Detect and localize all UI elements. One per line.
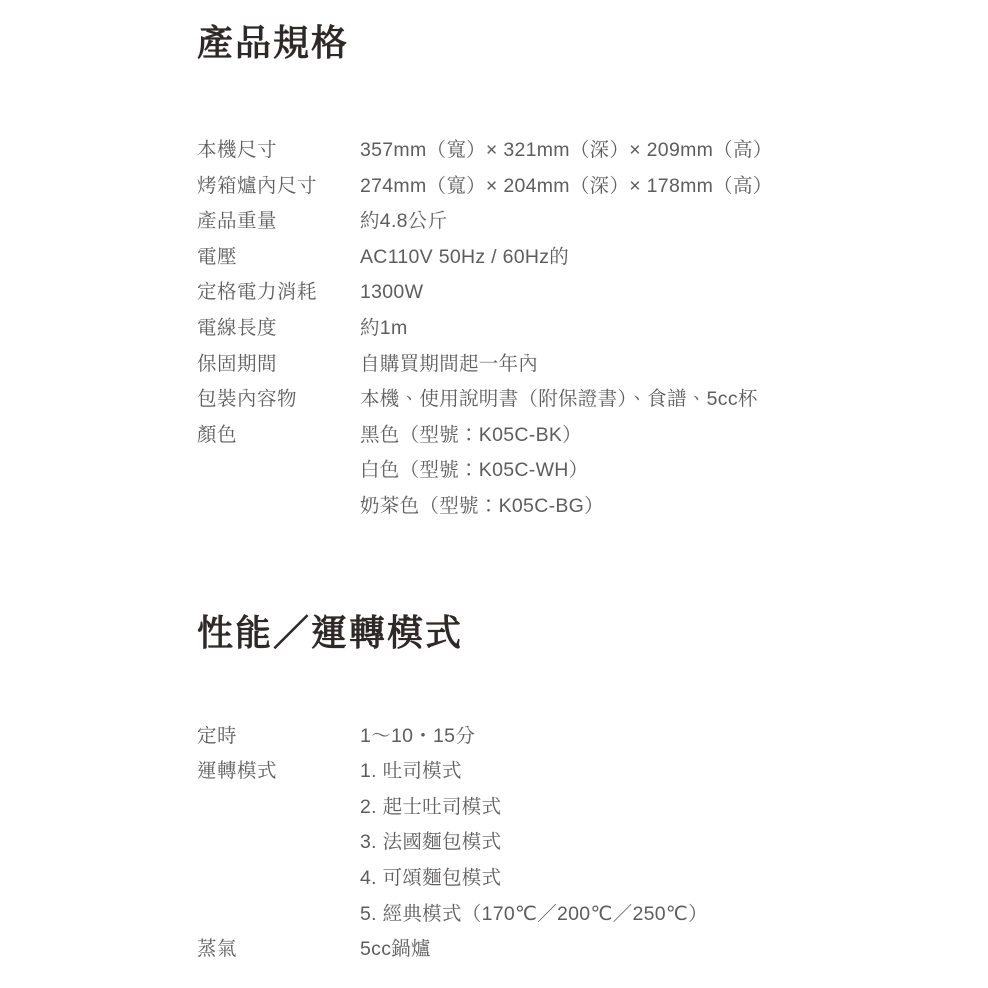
spec-row-package-contents: 包裝內容物 本機、使用說明書（附保證書）、食譜、5cc杯	[197, 382, 797, 418]
spec-row-oven-interior-size: 烤箱爐內尺寸 274mm（寬）× 204mm（深）× 178mm（高）	[197, 169, 797, 205]
spec-value: 274mm（寬）× 204mm（深）× 178mm（高）	[360, 169, 797, 205]
spec-row-cord-length: 電線長度 約1m	[197, 311, 797, 347]
spec-value: 黑色（型號：K05C-BK）	[360, 418, 797, 454]
spec-value: 5. 經典模式（170℃／200℃／250℃）	[360, 897, 797, 933]
spec-label: 烤箱爐內尺寸	[197, 169, 360, 205]
spec-value: 2. 起士吐司模式	[360, 790, 797, 826]
spec-value: 1. 吐司模式	[360, 754, 797, 790]
performance-title: 性能／運轉模式	[197, 613, 988, 653]
spec-value: AC110V 50Hz / 60Hz的	[360, 240, 797, 276]
spec-row-rated-power: 定格電力消耗 1300W	[197, 275, 797, 311]
spec-label: 本機尺寸	[197, 133, 360, 169]
spec-label: 運轉模式	[197, 754, 360, 790]
spec-value: 1～10・15分	[360, 719, 797, 755]
spec-value: 357mm（寬）× 321mm（深）× 209mm（高）	[360, 133, 797, 169]
spec-value: 1300W	[360, 275, 797, 311]
spec-row-mode-croissant: 4. 可頌麵包模式	[197, 861, 797, 897]
spec-value: 白色（型號：K05C-WH）	[360, 453, 797, 489]
spec-value: 約1m	[360, 311, 797, 347]
performance-section: 性能／運轉模式 定時 1～10・15分 運轉模式 1. 吐司模式 2. 起士吐司…	[197, 613, 988, 968]
performance-table: 定時 1～10・15分 運轉模式 1. 吐司模式 2. 起士吐司模式 3. 法國…	[197, 719, 797, 968]
spec-row-voltage: 電壓 AC110V 50Hz / 60Hz的	[197, 240, 797, 276]
spec-value: 約4.8公斤	[360, 204, 797, 240]
spec-value: 奶茶色（型號：K05C-BG）	[360, 489, 797, 525]
spec-label: 顏色	[197, 418, 360, 454]
spec-label: 產品重量	[197, 204, 360, 240]
spec-row-color-milktea: 奶茶色（型號：K05C-BG）	[197, 489, 797, 525]
spec-label: 定時	[197, 719, 360, 755]
spec-row-warranty: 保固期間 自購買期間起一年內	[197, 347, 797, 383]
spec-row-weight: 產品重量 約4.8公斤	[197, 204, 797, 240]
spec-row-mode-french-bread: 3. 法國麵包模式	[197, 825, 797, 861]
spec-value: 自購買期間起一年內	[360, 347, 797, 383]
spec-row-mode-toast: 運轉模式 1. 吐司模式	[197, 754, 797, 790]
spec-label: 保固期間	[197, 347, 360, 383]
product-spec-page: 產品規格 本機尺寸 357mm（寬）× 321mm（深）× 209mm（高） 烤…	[0, 0, 988, 988]
spec-row-mode-cheese-toast: 2. 起士吐司模式	[197, 790, 797, 826]
spec-row-steam: 蒸氣 5cc鍋爐	[197, 932, 797, 968]
spec-label: 定格電力消耗	[197, 275, 360, 311]
spec-value: 3. 法國麵包模式	[360, 825, 797, 861]
spec-value: 4. 可頌麵包模式	[360, 861, 797, 897]
spec-row-mode-classic: 5. 經典模式（170℃／200℃／250℃）	[197, 897, 797, 933]
spec-row-color-white: 白色（型號：K05C-WH）	[197, 453, 797, 489]
spec-row-machine-size: 本機尺寸 357mm（寬）× 321mm（深）× 209mm（高）	[197, 133, 797, 169]
spec-value: 5cc鍋爐	[360, 932, 797, 968]
spec-row-color-black: 顏色 黑色（型號：K05C-BK）	[197, 418, 797, 454]
product-spec-table: 本機尺寸 357mm（寬）× 321mm（深）× 209mm（高） 烤箱爐內尺寸…	[197, 133, 797, 525]
spec-label: 電線長度	[197, 311, 360, 347]
product-spec-section: 產品規格 本機尺寸 357mm（寬）× 321mm（深）× 209mm（高） 烤…	[197, 23, 988, 525]
spec-label: 包裝內容物	[197, 382, 360, 418]
spec-label: 蒸氣	[197, 932, 360, 968]
spec-label: 電壓	[197, 240, 360, 276]
product-spec-title: 產品規格	[197, 23, 988, 63]
spec-row-timer: 定時 1～10・15分	[197, 719, 797, 755]
spec-value: 本機、使用說明書（附保證書）、食譜、5cc杯	[360, 382, 797, 418]
